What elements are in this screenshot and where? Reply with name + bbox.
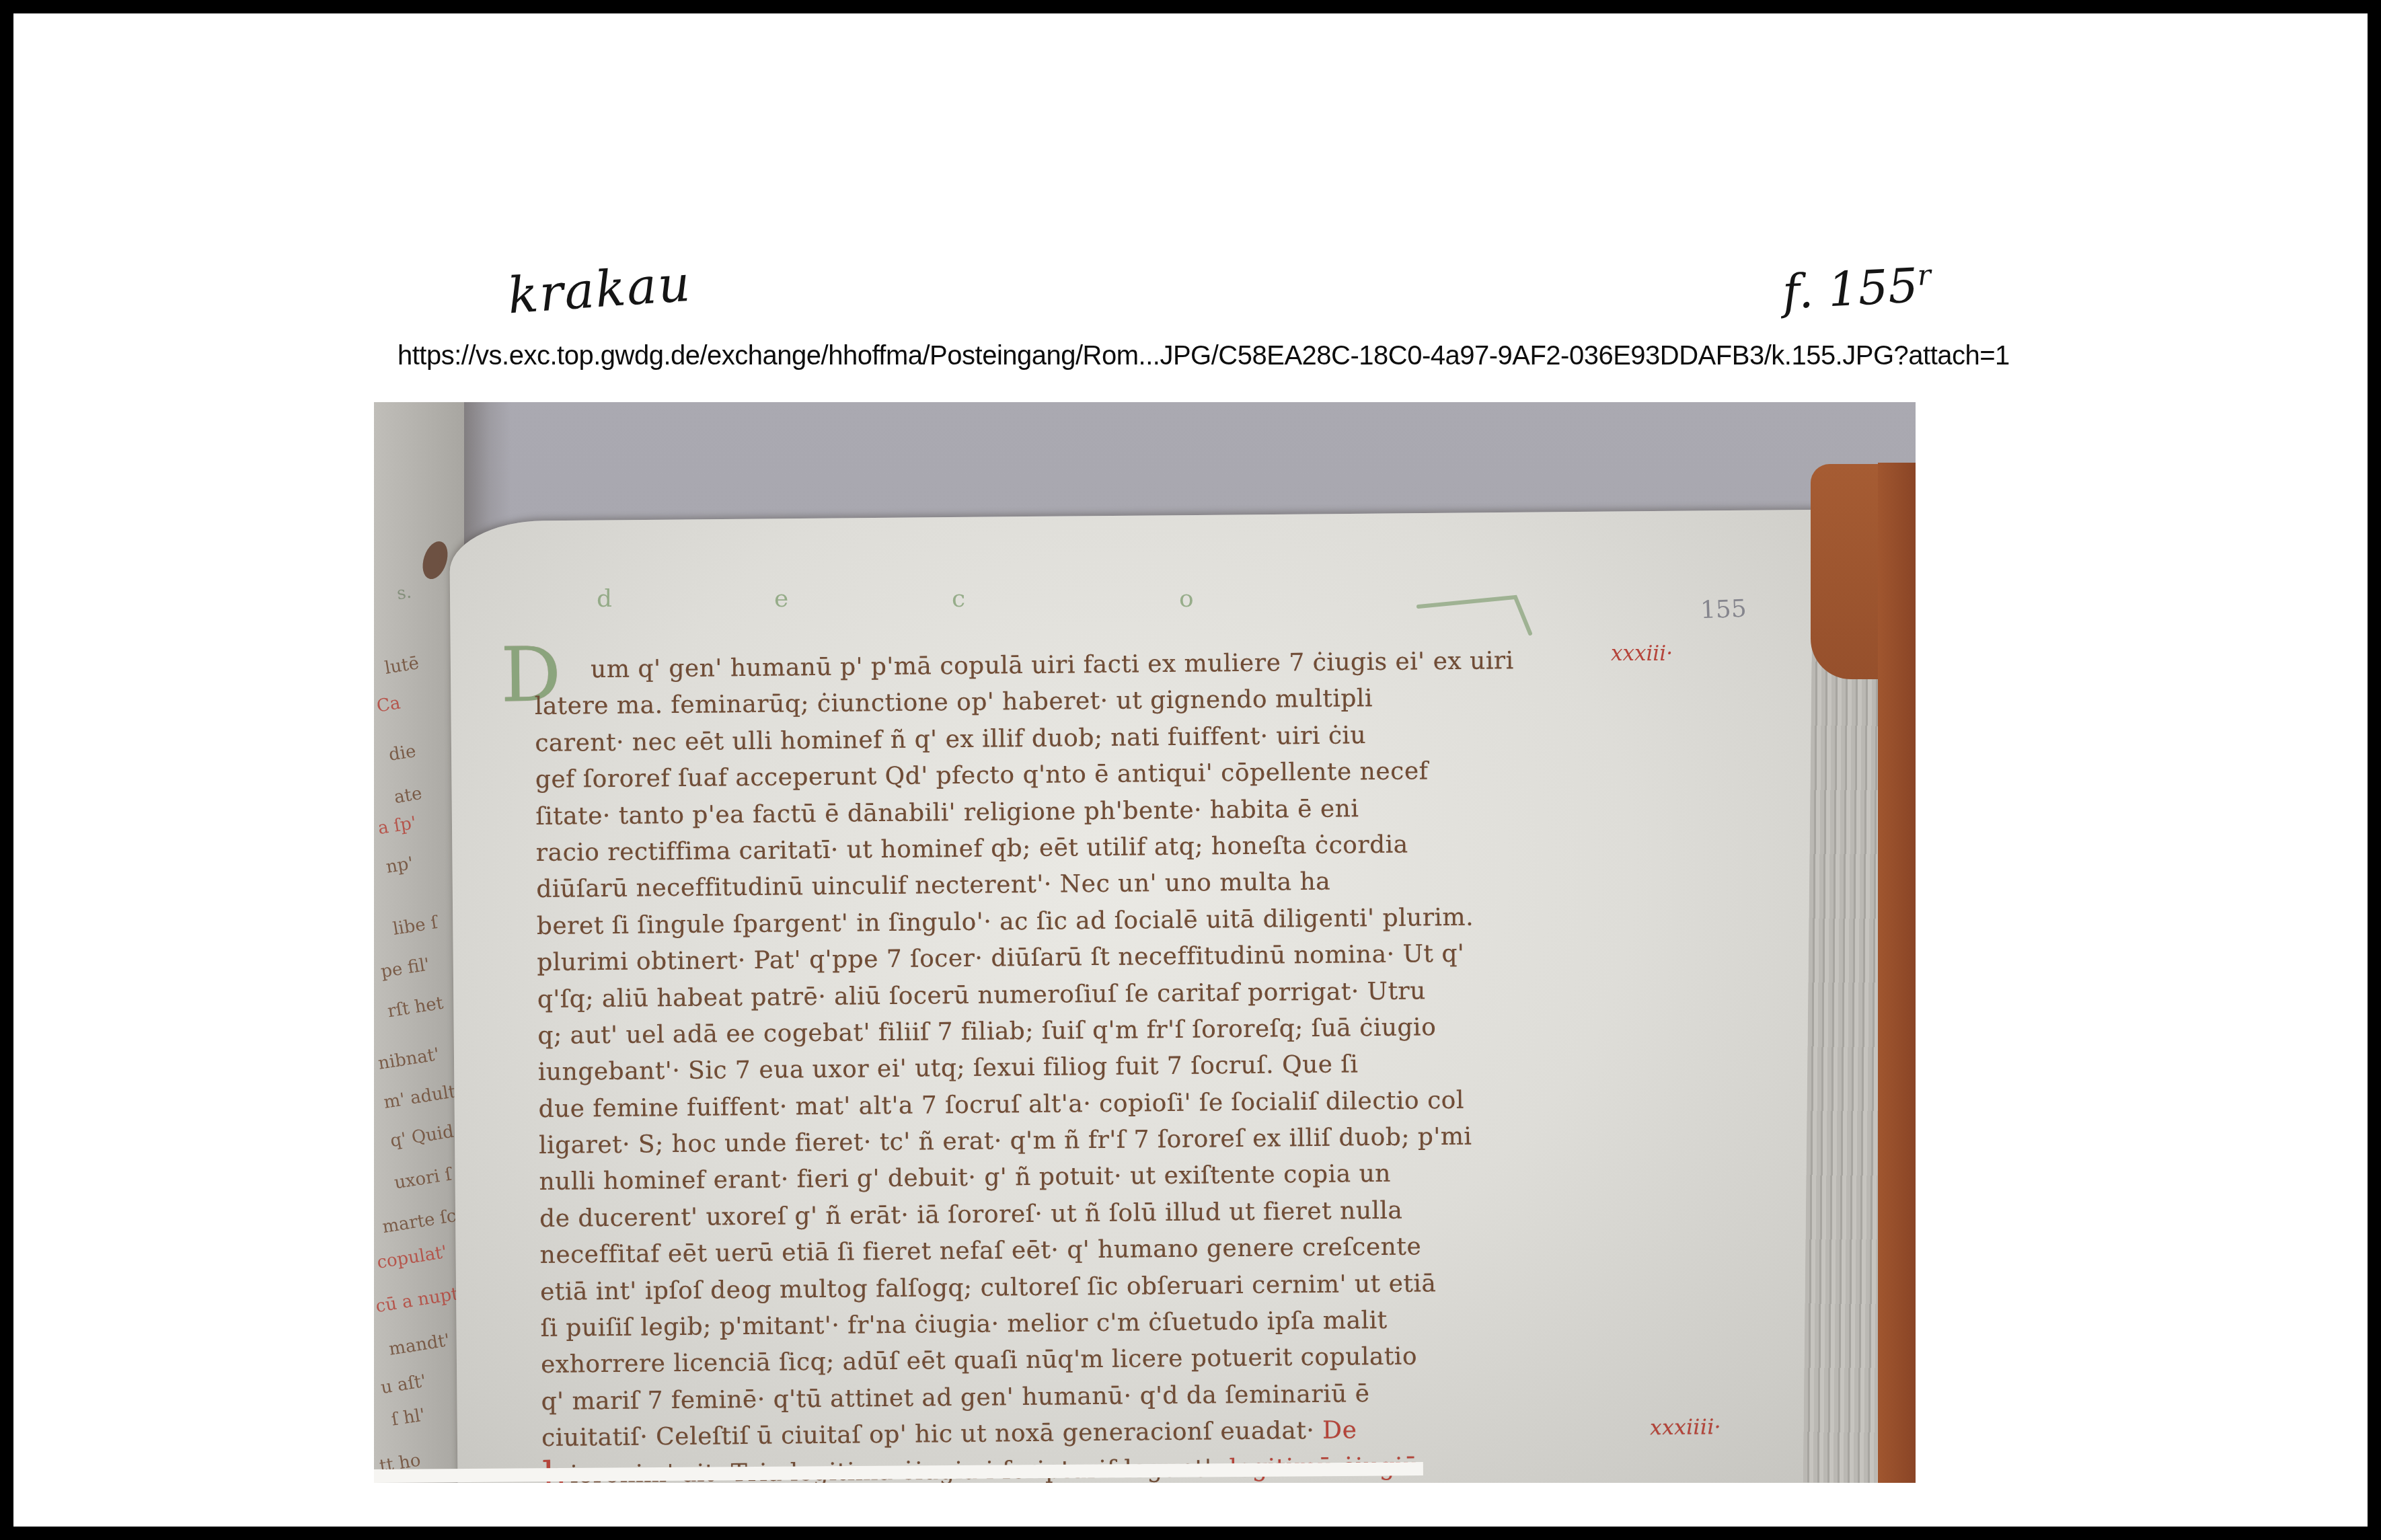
facing-page-fragment: cū a nupt' xyxy=(374,1283,464,1317)
facing-page-fragment: rſt het xyxy=(386,993,445,1022)
facing-page-fragment: np' xyxy=(385,853,415,878)
handwritten-folio-note: f. 155r xyxy=(1781,257,1933,319)
manuscript-photo: s. lutē Ca die ate a ſp' np' libe ſ pe f… xyxy=(374,402,1916,1483)
rubric-inline: De xyxy=(1314,1417,1357,1445)
facing-page-fragment: lutē xyxy=(383,653,420,679)
running-title-mark xyxy=(1416,592,1537,639)
facing-page-fragment: uxori ſ xyxy=(393,1164,453,1193)
facing-page-fragment: u aſt' xyxy=(379,1371,428,1398)
facing-page-fragment: marte ſc' xyxy=(381,1205,462,1237)
handwritten-location-note: krakau xyxy=(506,255,693,325)
running-title-letter: c xyxy=(952,585,965,613)
facing-page-fragment: mandt' xyxy=(387,1330,451,1360)
scanned-page: krakau f. 155r https://vs.exc.top.gwdg.d… xyxy=(0,0,2381,1540)
paper-sheet: krakau f. 155r https://vs.exc.top.gwdg.d… xyxy=(13,13,2368,1527)
manuscript-line-text: ciuitatiſ· Celeſtiſ ū ciuitaſ op' hic ut… xyxy=(541,1417,1314,1452)
folio-number: 155 xyxy=(1700,595,1747,624)
facing-page-fragment: copulat' xyxy=(375,1242,448,1273)
leather-binding xyxy=(1878,463,1916,1483)
facing-page-fragment: nibnat' xyxy=(377,1044,441,1074)
facing-page-fragment: s. xyxy=(395,582,413,604)
facing-page-fragment: m' adult' xyxy=(382,1081,461,1113)
running-title-letter: d xyxy=(597,585,612,613)
facing-page-fragment: ate xyxy=(393,783,424,808)
facing-page-fragment: Ca xyxy=(375,693,402,716)
facing-page-fragment: q' Quid xyxy=(389,1122,455,1152)
facing-page-fragment: pe fil' xyxy=(379,954,431,982)
facing-page-fragment: die xyxy=(387,741,418,765)
fore-edge-pages xyxy=(1803,546,1887,1483)
manuscript-text: D um q' gen' humanū p' p'mā copulā uiri … xyxy=(534,642,1672,1483)
facing-page-fragment: ſ hl' xyxy=(390,1405,426,1430)
chapter-number-bottom: xxxiiii· xyxy=(1650,1409,1721,1446)
facing-page-fragment: libe ſ xyxy=(391,913,439,939)
running-title-letter: o xyxy=(1179,585,1194,613)
folio-superscript: r xyxy=(1916,258,1932,292)
running-title-letter: e xyxy=(774,585,788,613)
facing-page-fragment: a ſp' xyxy=(377,813,418,839)
folio-text: f. 155 xyxy=(1781,258,1920,319)
attachment-url: https://vs.exc.top.gwdg.de/exchange/hhof… xyxy=(398,341,2010,371)
